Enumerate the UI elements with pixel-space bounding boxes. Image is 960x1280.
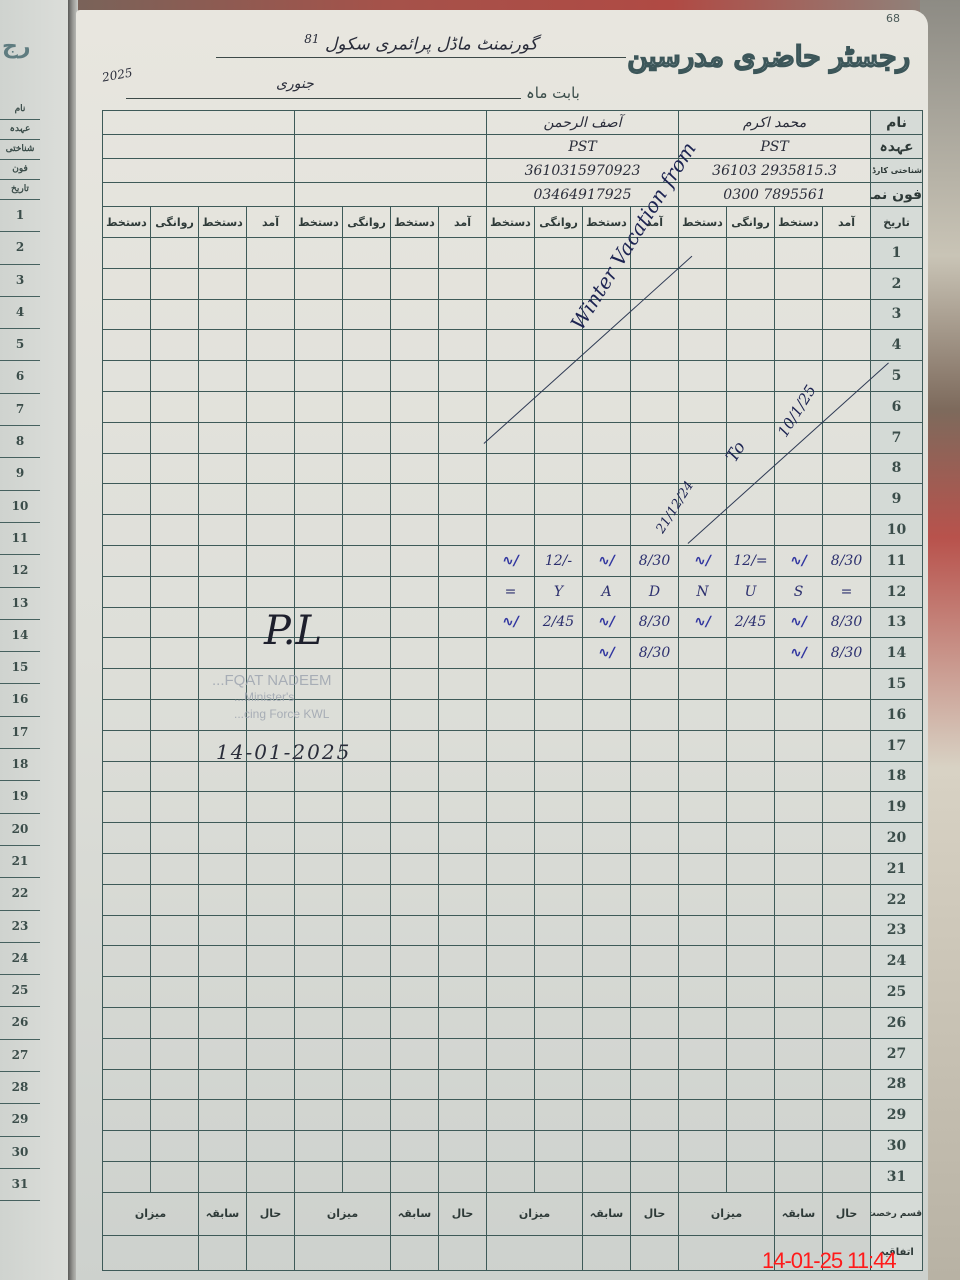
- attendance-cell: [823, 915, 871, 946]
- attendance-cell: [775, 853, 823, 884]
- t4-previous-header: سابقہ: [199, 1192, 247, 1235]
- attendance-cell: [775, 946, 823, 977]
- t1-current-header: حال: [823, 1192, 871, 1235]
- attendance-cell: [535, 422, 583, 453]
- attendance-cell: [439, 453, 487, 484]
- attendance-cell: [439, 1038, 487, 1069]
- teacher-1-phone: 0300 7895561: [679, 183, 871, 207]
- attendance-cell: [199, 946, 247, 977]
- attendance-cell: [151, 915, 199, 946]
- attendance-cell: [679, 915, 727, 946]
- name-row: آصف الرحمن محمد اکرم نام: [103, 111, 923, 135]
- cell: [247, 1235, 295, 1270]
- attendance-cell: [775, 268, 823, 299]
- attendance-cell: [247, 515, 295, 546]
- attendance-cell: [775, 299, 823, 330]
- attendance-cell: [583, 884, 631, 915]
- t4-in-sig-header: دستخط: [199, 207, 247, 238]
- t3-current-header: حال: [439, 1192, 487, 1235]
- t4-out-sig-header: دستخط: [103, 207, 151, 238]
- attendance-cell: [247, 1100, 295, 1131]
- attendance-cell: [391, 761, 439, 792]
- teacher-2-name: آصف الرحمن: [487, 111, 679, 135]
- attendance-cell: [295, 422, 343, 453]
- left-page-day-number: 20: [0, 814, 40, 846]
- t3-total-header: میزان: [295, 1192, 391, 1235]
- attendance-cell: [391, 1038, 439, 1069]
- sunday-letter: N: [679, 576, 727, 607]
- attendance-cell: [775, 1131, 823, 1162]
- signature-mark: ∿∕: [775, 638, 823, 669]
- left-page-label: عہدہ: [0, 120, 40, 140]
- attendance-cell: [103, 977, 151, 1008]
- attendance-cell: [199, 268, 247, 299]
- day-number: 17: [871, 730, 923, 761]
- attendance-cell: [151, 1100, 199, 1131]
- attendance-cell: [103, 823, 151, 854]
- attendance-cell: [439, 268, 487, 299]
- attendance-cell: [103, 299, 151, 330]
- attendance-cell: [583, 1100, 631, 1131]
- signature-mark: ∿∕: [775, 607, 823, 638]
- attendance-cell: [439, 361, 487, 392]
- attendance-cell: [151, 638, 199, 669]
- attendance-cell: [679, 1007, 727, 1038]
- day-number: 14: [871, 638, 923, 669]
- attendance-cell: [343, 1038, 391, 1069]
- attendance-cell: [103, 484, 151, 515]
- attendance-cell: [487, 238, 535, 269]
- label-date: تاریخ: [871, 207, 923, 238]
- attendance-cell: 8/30: [823, 607, 871, 638]
- day-row: 30: [103, 1131, 923, 1162]
- attendance-cell: [823, 1131, 871, 1162]
- t2-current-header: حال: [631, 1192, 679, 1235]
- attendance-cell: [103, 1131, 151, 1162]
- attendance-cell: [727, 299, 775, 330]
- attendance-cell: [343, 792, 391, 823]
- attendance-cell: [199, 484, 247, 515]
- left-page-title: رج: [2, 34, 31, 59]
- attendance-cell: [103, 761, 151, 792]
- attendance-cell: [295, 1007, 343, 1038]
- attendance-cell: [775, 977, 823, 1008]
- attendance-cell: [487, 361, 535, 392]
- attendance-cell: [391, 576, 439, 607]
- attendance-cell: [391, 884, 439, 915]
- attendance-cell: [247, 792, 295, 823]
- attendance-cell: [679, 884, 727, 915]
- attendance-cell: [295, 515, 343, 546]
- attendance-cell: [343, 607, 391, 638]
- attendance-cell: [343, 1100, 391, 1131]
- attendance-cell: [103, 453, 151, 484]
- attendance-cell: [727, 1069, 775, 1100]
- attendance-cell: [439, 761, 487, 792]
- attendance-cell: [535, 1161, 583, 1192]
- attendance-cell: [391, 607, 439, 638]
- attendance-cell: [535, 1131, 583, 1162]
- left-page-day-number: 4: [0, 297, 40, 329]
- left-page-label: شناختی: [0, 140, 40, 160]
- stamp-line-3: ...cing Force KWL: [212, 706, 402, 723]
- left-page-day-number: 25: [0, 975, 40, 1007]
- attendance-cell: [343, 1131, 391, 1162]
- attendance-cell: [679, 361, 727, 392]
- attendance-cell: [391, 361, 439, 392]
- attendance-cell: [199, 545, 247, 576]
- attendance-cell: [583, 1131, 631, 1162]
- attendance-cell: [343, 545, 391, 576]
- attendance-cell: [343, 946, 391, 977]
- attendance-cell: [823, 1161, 871, 1192]
- t4-in-header: آمد: [247, 207, 295, 238]
- attendance-cell: 8/30: [631, 607, 679, 638]
- attendance-cell: [583, 699, 631, 730]
- left-page-day-number: 19: [0, 781, 40, 813]
- attendance-cell: [823, 823, 871, 854]
- t2-out-header: روانگی: [535, 207, 583, 238]
- attendance-cell: [343, 977, 391, 1008]
- attendance-cell: [535, 761, 583, 792]
- day-row: =YADNUS=12: [103, 576, 923, 607]
- attendance-cell: [631, 1161, 679, 1192]
- attendance-cell: [103, 792, 151, 823]
- signature-mark: ∿∕: [487, 545, 535, 576]
- attendance-cell: [151, 853, 199, 884]
- attendance-cell: 8/30: [823, 545, 871, 576]
- attendance-cell: [775, 792, 823, 823]
- attendance-cell: [487, 515, 535, 546]
- attendance-cell: [583, 823, 631, 854]
- attendance-cell: [631, 1100, 679, 1131]
- signature-mark: ∿∕: [583, 545, 631, 576]
- attendance-cell: [391, 515, 439, 546]
- stamp-line-2: ...Minister's: [212, 689, 402, 706]
- attendance-cell: [151, 515, 199, 546]
- attendance-cell: [391, 391, 439, 422]
- attendance-cell: [295, 453, 343, 484]
- month-label: بابت ماہ: [526, 84, 580, 102]
- attendance-cell: [631, 915, 679, 946]
- cell: [199, 1235, 247, 1270]
- day-number: 22: [871, 884, 923, 915]
- attendance-cell: [439, 391, 487, 422]
- attendance-cell: [439, 515, 487, 546]
- attendance-cell: [583, 422, 631, 453]
- attendance-cell: [631, 1007, 679, 1038]
- attendance-cell: [823, 1007, 871, 1038]
- official-stamp: ...FQAT NADEEM ...Minister's ...cing For…: [212, 672, 402, 723]
- t4-current-header: حال: [247, 1192, 295, 1235]
- attendance-cell: [775, 915, 823, 946]
- attendance-cell: [391, 915, 439, 946]
- left-page-day-number: 30: [0, 1137, 40, 1169]
- column-header-row: دستخط روانگی دستخط آمد دستخط روانگی دستخ…: [103, 207, 923, 238]
- attendance-cell: [247, 576, 295, 607]
- attendance-cell: 2/45: [727, 607, 775, 638]
- left-page-day-number: 1: [0, 200, 40, 232]
- day-number: 5: [871, 361, 923, 392]
- day-row: 2: [103, 268, 923, 299]
- t4-out-header: روانگی: [151, 207, 199, 238]
- cell: [103, 1235, 199, 1270]
- attendance-cell: [295, 853, 343, 884]
- attendance-cell: [535, 730, 583, 761]
- attendance-cell: [679, 638, 727, 669]
- day-number: 16: [871, 699, 923, 730]
- attendance-cell: [823, 361, 871, 392]
- attendance-cell: [295, 391, 343, 422]
- attendance-cell: [439, 946, 487, 977]
- day-number: 28: [871, 1069, 923, 1100]
- signature-mark: ∿∕: [775, 545, 823, 576]
- label-name: نام: [871, 111, 923, 135]
- attendance-cell: [391, 638, 439, 669]
- t1-previous-header: سابقہ: [775, 1192, 823, 1235]
- attendance-cell: [823, 422, 871, 453]
- attendance-cell: [199, 453, 247, 484]
- attendance-cell: [775, 330, 823, 361]
- t3-previous-header: سابقہ: [391, 1192, 439, 1235]
- attendance-cell: [439, 638, 487, 669]
- day-row: 26: [103, 1007, 923, 1038]
- t1-in-header: آمد: [823, 207, 871, 238]
- attendance-cell: [775, 1007, 823, 1038]
- attendance-cell: [583, 1069, 631, 1100]
- signature-mark: ∿∕: [679, 545, 727, 576]
- attendance-cell: [439, 422, 487, 453]
- attendance-cell: [487, 1161, 535, 1192]
- attendance-cell: [775, 699, 823, 730]
- attendance-cell: [391, 453, 439, 484]
- attendance-cell: [679, 238, 727, 269]
- attendance-cell: [343, 453, 391, 484]
- attendance-cell: [439, 238, 487, 269]
- attendance-cell: [199, 515, 247, 546]
- attendance-cell: [391, 238, 439, 269]
- t3-in-sig-header: دستخط: [391, 207, 439, 238]
- attendance-cell: [103, 330, 151, 361]
- attendance-cell: [295, 484, 343, 515]
- school-name: گورنمنٹ ماڈل پرائمری سکول 81: [216, 32, 626, 58]
- cell: [391, 1235, 439, 1270]
- attendance-cell: [247, 884, 295, 915]
- attendance-cell: [631, 453, 679, 484]
- attendance-cell: [679, 1069, 727, 1100]
- attendance-cell: [295, 977, 343, 1008]
- attendance-cell: [103, 638, 151, 669]
- left-page-day-number: 6: [0, 361, 40, 393]
- attendance-cell: [199, 792, 247, 823]
- attendance-cell: [535, 1069, 583, 1100]
- attendance-cell: [775, 1038, 823, 1069]
- attendance-cell: [823, 884, 871, 915]
- attendance-cell: [535, 669, 583, 700]
- attendance-cell: [487, 484, 535, 515]
- left-page-day-number: 14: [0, 620, 40, 652]
- day-number: 23: [871, 915, 923, 946]
- t2-out-sig-header: دستخط: [487, 207, 535, 238]
- attendance-cell: [151, 299, 199, 330]
- attendance-cell: [151, 453, 199, 484]
- left-page-day-number: 7: [0, 394, 40, 426]
- attendance-cell: [343, 515, 391, 546]
- attendance-cell: [439, 669, 487, 700]
- signature-mark: ∿∕: [583, 638, 631, 669]
- attendance-cell: [775, 238, 823, 269]
- attendance-cell: [199, 361, 247, 392]
- attendance-cell: [199, 391, 247, 422]
- left-page: رج نامعہدہشناختیفونتاریخ1234567891011121…: [0, 0, 70, 1280]
- attendance-cell: [631, 977, 679, 1008]
- attendance-cell: [631, 422, 679, 453]
- left-page-day-number: 15: [0, 652, 40, 684]
- teacher-4-phone: [103, 183, 295, 207]
- attendance-cell: [391, 422, 439, 453]
- attendance-cell: [727, 638, 775, 669]
- attendance-cell: [487, 453, 535, 484]
- attendance-cell: [487, 1069, 535, 1100]
- cnic-row: 3610315970923 36103 2935815.3 شناختی کار…: [103, 159, 923, 183]
- attendance-cell: [247, 330, 295, 361]
- attendance-cell: [583, 792, 631, 823]
- left-page-label: فون: [0, 160, 40, 180]
- attendance-cell: [727, 1007, 775, 1038]
- attendance-cell: [199, 422, 247, 453]
- attendance-cell: [247, 1038, 295, 1069]
- left-page-day-number: 10: [0, 491, 40, 523]
- attendance-cell: [391, 946, 439, 977]
- attendance-cell: [487, 946, 535, 977]
- attendance-cell: [583, 977, 631, 1008]
- attendance-cell: [775, 730, 823, 761]
- attendance-cell: [727, 1100, 775, 1131]
- attendance-cell: [439, 1007, 487, 1038]
- attendance-cell: [775, 823, 823, 854]
- attendance-cell: [679, 669, 727, 700]
- attendance-cell: [583, 1161, 631, 1192]
- attendance-cell: [679, 1038, 727, 1069]
- attendance-cell: [343, 638, 391, 669]
- attendance-cell: [487, 1100, 535, 1131]
- attendance-cell: [199, 238, 247, 269]
- left-page-day-number: 11: [0, 523, 40, 555]
- attendance-cell: [535, 853, 583, 884]
- day-number: 19: [871, 792, 923, 823]
- attendance-cell: [679, 299, 727, 330]
- t1-total-header: میزان: [679, 1192, 775, 1235]
- attendance-cell: [823, 299, 871, 330]
- day-number: 18: [871, 761, 923, 792]
- attendance-cell: [679, 853, 727, 884]
- day-number: 26: [871, 1007, 923, 1038]
- cell: [583, 1235, 631, 1270]
- attendance-cell: [679, 330, 727, 361]
- attendance-cell: [343, 576, 391, 607]
- signature-mark: ∿∕: [487, 607, 535, 638]
- attendance-cell: [391, 823, 439, 854]
- attendance-cell: [391, 330, 439, 361]
- day-row: 21: [103, 853, 923, 884]
- attendance-cell: [583, 1007, 631, 1038]
- attendance-cell: [199, 1007, 247, 1038]
- day-row: 4: [103, 330, 923, 361]
- register-page: 68 رجسٹر حاضری مدرسین گورنمنٹ ماڈل پرائم…: [76, 10, 928, 1280]
- month-value: جنوری: [276, 76, 314, 92]
- page-number: 68: [886, 12, 900, 25]
- attendance-cell: [439, 1131, 487, 1162]
- day-number: 4: [871, 330, 923, 361]
- left-page-day-number: 22: [0, 878, 40, 910]
- attendance-cell: [103, 699, 151, 730]
- attendance-cell: 8/30: [631, 638, 679, 669]
- attendance-cell: [823, 977, 871, 1008]
- register-year: 2025: [101, 65, 134, 84]
- day-row: 31: [103, 1161, 923, 1192]
- attendance-cell: [439, 823, 487, 854]
- attendance-cell: [343, 823, 391, 854]
- attendance-cell: [151, 607, 199, 638]
- stamp-line-1: ...FQAT NADEEM: [212, 672, 402, 689]
- attendance-cell: [631, 330, 679, 361]
- day-row: 25: [103, 977, 923, 1008]
- attendance-cell: [247, 453, 295, 484]
- attendance-cell: [247, 391, 295, 422]
- left-page-day-number: 21: [0, 846, 40, 878]
- attendance-cell: [439, 484, 487, 515]
- attendance-cell: [727, 484, 775, 515]
- attendance-cell: [151, 330, 199, 361]
- attendance-cell: [583, 669, 631, 700]
- attendance-cell: [343, 1069, 391, 1100]
- left-page-day-number: 13: [0, 588, 40, 620]
- attendance-cell: [103, 545, 151, 576]
- left-page-day-number: 26: [0, 1007, 40, 1039]
- left-page-day-number: 29: [0, 1104, 40, 1136]
- attendance-cell: [823, 761, 871, 792]
- attendance-cell: [439, 977, 487, 1008]
- attendance-cell: [247, 823, 295, 854]
- attendance-cell: [727, 1131, 775, 1162]
- attendance-cell: [775, 515, 823, 546]
- left-page-day-number: 2: [0, 232, 40, 264]
- day-row: 7: [103, 422, 923, 453]
- left-page-day-number: 8: [0, 426, 40, 458]
- attendance-cell: [151, 946, 199, 977]
- sunday-letter: S: [775, 576, 823, 607]
- attendance-cell: 12/-: [535, 545, 583, 576]
- day-row: 22: [103, 884, 923, 915]
- day-row: 24: [103, 946, 923, 977]
- attendance-cell: [775, 761, 823, 792]
- attendance-cell: [679, 699, 727, 730]
- attendance-cell: [439, 576, 487, 607]
- attendance-cell: [679, 730, 727, 761]
- teacher-3-phone: [295, 183, 487, 207]
- attendance-cell: [631, 853, 679, 884]
- attendance-cell: [487, 761, 535, 792]
- day-number: 2: [871, 268, 923, 299]
- attendance-cell: [535, 823, 583, 854]
- attendance-cell: [151, 669, 199, 700]
- attendance-cell: 2/45: [535, 607, 583, 638]
- attendance-cell: [823, 853, 871, 884]
- attendance-cell: [103, 607, 151, 638]
- attendance-cell: [823, 391, 871, 422]
- attendance-cell: [103, 1069, 151, 1100]
- cell: [439, 1235, 487, 1270]
